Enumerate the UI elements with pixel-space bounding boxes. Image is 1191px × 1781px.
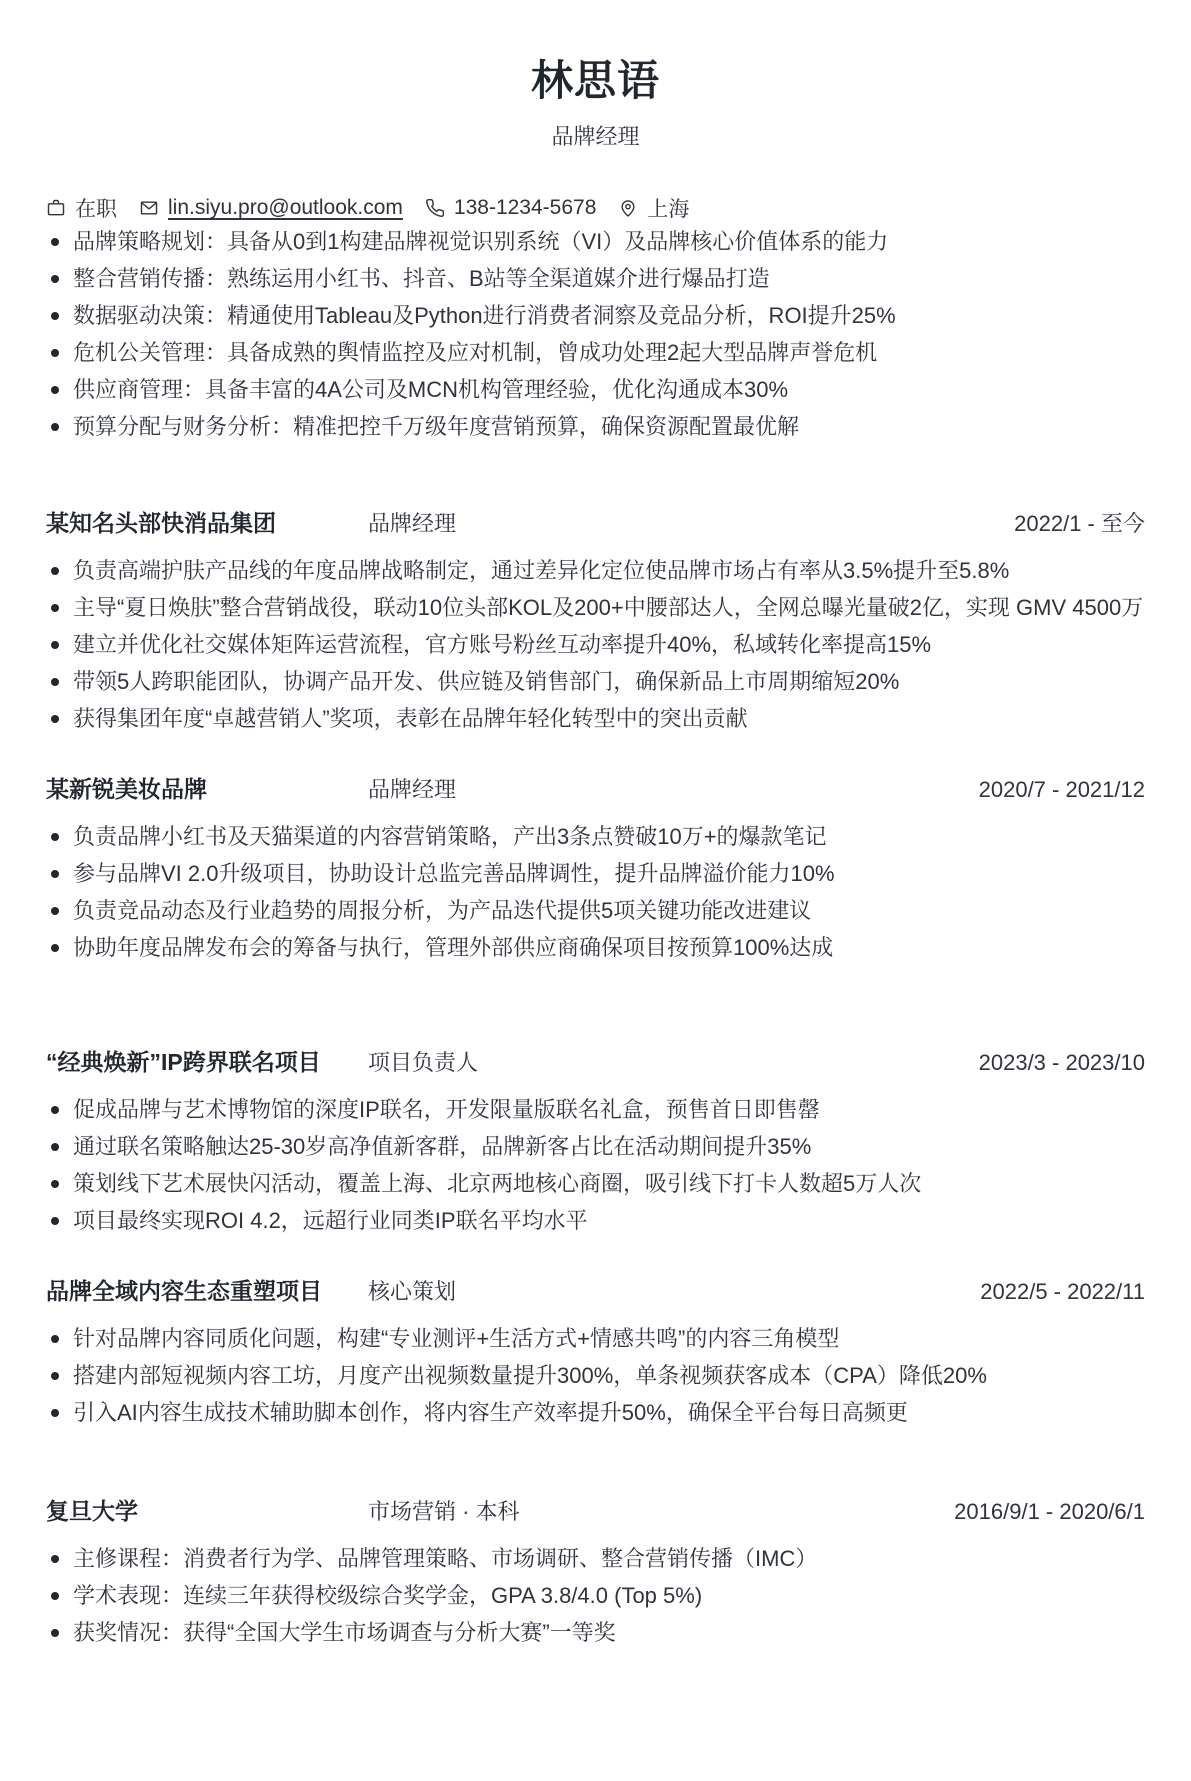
bullet-item: 负责竞品动态及行业趋势的周报分析，为产品迭代提供5项关键功能改进建议 (46, 892, 1145, 929)
entry-period: 2023/3 - 2023/10 (979, 1050, 1145, 1076)
entry-header: 某知名头部快消品集团品牌经理2022/1 - 至今 (46, 505, 1145, 538)
contact-item: 在职 (46, 193, 117, 223)
summary-list: 品牌策略规划：具备从0到1构建品牌视觉识别系统（VI）及品牌核心价值体系的能力整… (46, 223, 1145, 445)
bullet-item: 促成品牌与艺术博物馆的深度IP联名，开发限量版联名礼盒，预售首日即售罄 (46, 1091, 1145, 1128)
bullet-item: 获奖情况：获得“全国大学生市场调查与分析大赛”一等奖 (46, 1614, 1145, 1651)
summary-bullet: 数据驱动决策：精通使用Tableau及Python进行消费者洞察及竞品分析，RO… (46, 297, 1145, 334)
entry-period: 2022/1 - 至今 (1014, 507, 1145, 538)
projects-section: “经典焕新”IP跨界联名项目项目负责人2023/3 - 2023/10促成品牌与… (46, 1044, 1145, 1431)
summary-bullet: 品牌策略规划：具备从0到1构建品牌视觉识别系统（VI）及品牌核心价值体系的能力 (46, 223, 1145, 260)
summary-bullet: 供应商管理：具备丰富的4A公司及MCN机构管理经验，优化沟通成本30% (46, 371, 1145, 408)
summary-bullet: 危机公关管理：具备成熟的舆情监控及应对机制，曾成功处理2起大型品牌声誉危机 (46, 334, 1145, 371)
bullet-item: 学术表现：连续三年获得校级综合奖学金，GPA 3.8/4.0 (Top 5%) (46, 1577, 1145, 1614)
entry-bullets: 主修课程：消费者行为学、品牌管理策略、市场调研、整合营销传播（IMC）学术表现：… (46, 1540, 1145, 1651)
contact-item: 上海 (618, 193, 689, 223)
contact-text: 138-1234-5678 (454, 196, 596, 220)
bullet-item: 参与品牌VI 2.0升级项目，协助设计总监完善品牌调性，提升品牌溢价能力10% (46, 855, 1145, 892)
education-section: 复旦大学市场营销 · 本科2016/9/1 - 2020/6/1主修课程：消费者… (46, 1493, 1145, 1651)
entry-period: 2016/9/1 - 2020/6/1 (954, 1499, 1145, 1525)
education-entry: 复旦大学市场营销 · 本科2016/9/1 - 2020/6/1主修课程：消费者… (46, 1493, 1145, 1651)
briefcase-icon (46, 198, 66, 218)
entry-role: 项目负责人 (368, 1046, 979, 1077)
entry-org: 某知名头部快消品集团 (46, 505, 368, 538)
contact-row: 在职lin.siyu.pro@outlook.com138-1234-5678上… (46, 193, 1145, 223)
bullet-item: 针对品牌内容同质化问题，构建“专业测评+生活方式+情感共鸣”的内容三角模型 (46, 1320, 1145, 1357)
bullet-item: 负责品牌小红书及天猫渠道的内容营销策略，产出3条点赞破10万+的爆款笔记 (46, 818, 1145, 855)
entry-bullets: 负责高端护肤产品线的年度品牌战略制定，通过差异化定位使品牌市场占有率从3.5%提… (46, 552, 1145, 737)
project-entry: “经典焕新”IP跨界联名项目项目负责人2023/3 - 2023/10促成品牌与… (46, 1044, 1145, 1239)
candidate-name: 林思语 (46, 56, 1145, 106)
entry-role: 品牌经理 (368, 507, 1014, 538)
candidate-title: 品牌经理 (46, 120, 1145, 151)
bullet-item: 主修课程：消费者行为学、品牌管理策略、市场调研、整合营销传播（IMC） (46, 1540, 1145, 1577)
bullet-item: 通过联名策略触达25-30岁高净值新客群，品牌新客占比在活动期间提升35% (46, 1128, 1145, 1165)
entry-header: 某新锐美妆品牌品牌经理2020/7 - 2021/12 (46, 771, 1145, 804)
bullet-item: 建立并优化社交媒体矩阵运营流程，官方账号粉丝互动率提升40%，私域转化率提高15… (46, 626, 1145, 663)
bullet-item: 负责高端护肤产品线的年度品牌战略制定，通过差异化定位使品牌市场占有率从3.5%提… (46, 552, 1145, 589)
bullet-item: 获得集团年度“卓越营销人”奖项，表彰在品牌年轻化转型中的突出贡献 (46, 700, 1145, 737)
entry-period: 2020/7 - 2021/12 (979, 777, 1145, 803)
entry-org: 某新锐美妆品牌 (46, 771, 368, 804)
bullet-item: 引入AI内容生成技术辅助脚本创作，将内容生产效率提升50%，确保全平台每日高频更 (46, 1394, 1145, 1431)
entry-header: 品牌全域内容生态重塑项目核心策划2022/5 - 2022/11 (46, 1273, 1145, 1306)
phone-icon (425, 198, 445, 218)
contact-text: 在职 (75, 193, 117, 223)
bullet-item: 策划线下艺术展快闪活动，覆盖上海、北京两地核心商圈，吸引线下打卡人数超5万人次 (46, 1165, 1145, 1202)
project-entry: 品牌全域内容生态重塑项目核心策划2022/5 - 2022/11针对品牌内容同质… (46, 1273, 1145, 1431)
contact-text: 上海 (647, 193, 689, 223)
contact-item: lin.siyu.pro@outlook.com (139, 196, 403, 220)
email-link[interactable]: lin.siyu.pro@outlook.com (168, 196, 403, 220)
experience-entry: 某新锐美妆品牌品牌经理2020/7 - 2021/12负责品牌小红书及天猫渠道的… (46, 771, 1145, 966)
entry-org: 复旦大学 (46, 1493, 368, 1526)
experience-entry: 某知名头部快消品集团品牌经理2022/1 - 至今负责高端护肤产品线的年度品牌战… (46, 505, 1145, 737)
bullet-item: 带领5人跨职能团队，协调产品开发、供应链及销售部门，确保新品上市周期缩短20% (46, 663, 1145, 700)
contact-item: 138-1234-5678 (425, 196, 596, 220)
entry-header: “经典焕新”IP跨界联名项目项目负责人2023/3 - 2023/10 (46, 1044, 1145, 1077)
entry-org: 品牌全域内容生态重塑项目 (46, 1273, 368, 1306)
entry-period: 2022/5 - 2022/11 (980, 1279, 1145, 1305)
mail-icon (139, 198, 159, 218)
bullet-item: 搭建内部短视频内容工坊，月度产出视频数量提升300%，单条视频获客成本（CPA）… (46, 1357, 1145, 1394)
entry-role: 市场营销 · 本科 (368, 1495, 954, 1526)
bullet-item: 项目最终实现ROI 4.2，远超行业同类IP联名平均水平 (46, 1202, 1145, 1239)
entry-bullets: 针对品牌内容同质化问题，构建“专业测评+生活方式+情感共鸣”的内容三角模型搭建内… (46, 1320, 1145, 1431)
entry-header: 复旦大学市场营销 · 本科2016/9/1 - 2020/6/1 (46, 1493, 1145, 1526)
entry-role: 核心策划 (368, 1275, 980, 1306)
entry-bullets: 促成品牌与艺术博物馆的深度IP联名，开发限量版联名礼盒，预售首日即售罄通过联名策… (46, 1091, 1145, 1239)
resume-page: 林思语 品牌经理 在职lin.siyu.pro@outlook.com138-1… (0, 0, 1191, 1691)
summary-bullet: 预算分配与财务分析：精准把控千万级年度营销预算，确保资源配置最优解 (46, 408, 1145, 445)
summary-bullet: 整合营销传播：熟练运用小红书、抖音、B站等全渠道媒介进行爆品打造 (46, 260, 1145, 297)
entry-org: “经典焕新”IP跨界联名项目 (46, 1044, 368, 1077)
entry-bullets: 负责品牌小红书及天猫渠道的内容营销策略，产出3条点赞破10万+的爆款笔记参与品牌… (46, 818, 1145, 966)
location-pin-icon (618, 198, 638, 218)
bullet-item: 主导“夏日焕肤”整合营销战役，联动10位头部KOL及200+中腰部达人，全网总曝… (46, 589, 1145, 626)
entry-role: 品牌经理 (368, 773, 979, 804)
bullet-item: 协助年度品牌发布会的筹备与执行，管理外部供应商确保项目按预算100%达成 (46, 929, 1145, 966)
experience-section: 某知名头部快消品集团品牌经理2022/1 - 至今负责高端护肤产品线的年度品牌战… (46, 505, 1145, 966)
